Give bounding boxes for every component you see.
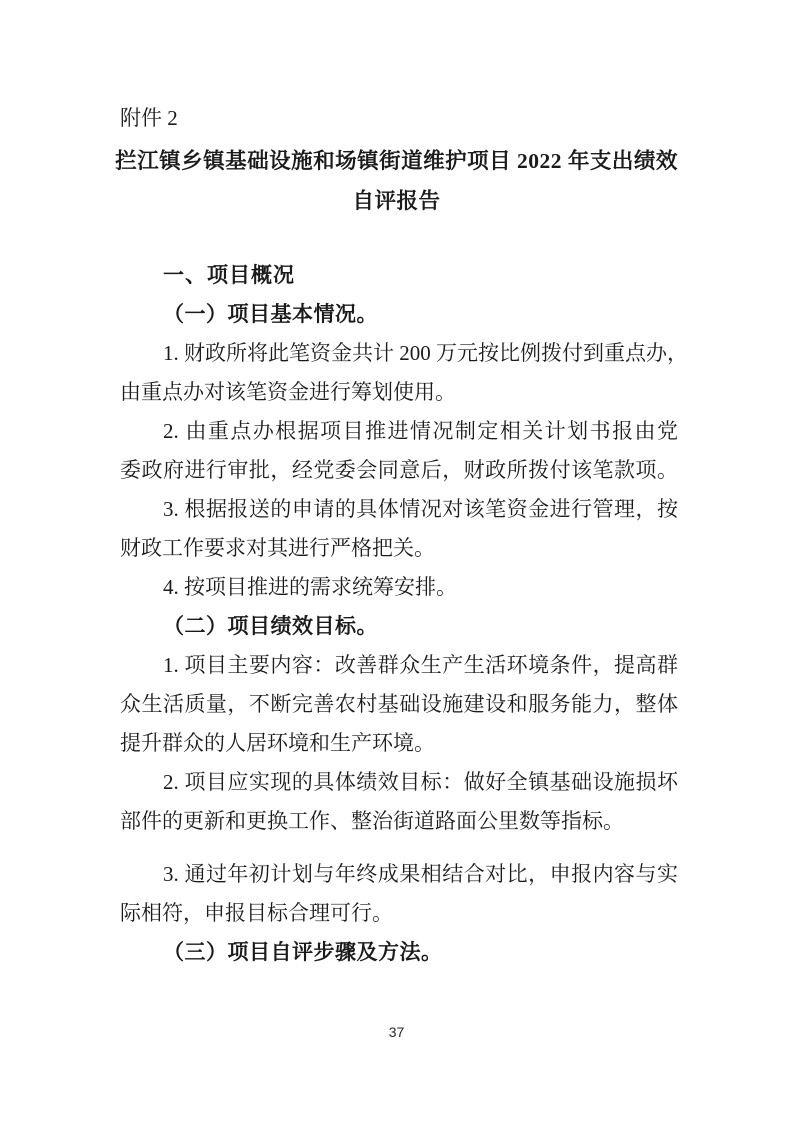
paragraph-line: 财政工作要求对其进行严格把关。	[120, 529, 678, 568]
paragraph-line: 1. 财政所将此笔资金共计 200 万元按比例拨付到重点办，	[120, 334, 678, 373]
subsection-heading-1: （一）项目基本情况。	[120, 295, 678, 334]
subsection-heading-2: （二）项目绩效目标。	[120, 607, 678, 646]
document-title: 拦江镇乡镇基础设施和场镇街道维护项目 2022 年支出绩效 自评报告	[0, 141, 793, 221]
document-page: 附件 2 拦江镇乡镇基础设施和场镇街道维护项目 2022 年支出绩效 自评报告 …	[0, 0, 793, 1122]
paragraph-line: 2. 由重点办根据项目推进情况制定相关计划书报由党	[120, 412, 678, 451]
document-title-line2: 自评报告	[0, 181, 793, 221]
paragraph-line: 3. 根据报送的申请的具体情况对该笔资金进行管理，按	[120, 490, 678, 529]
paragraph-line: 部件的更新和更换工作、整治街道路面公里数等指标。	[120, 802, 678, 841]
page-number: 37	[0, 1022, 793, 1042]
document-title-line1: 拦江镇乡镇基础设施和场镇街道维护项目 2022 年支出绩效	[0, 141, 793, 181]
paragraph-line: 由重点办对该笔资金进行筹划使用。	[120, 373, 678, 412]
subsection-heading-3: （三）项目自评步骤及方法。	[120, 933, 678, 972]
paragraph-line: 1. 项目主要内容：改善群众生产生活环境条件，提高群	[120, 646, 678, 685]
paragraph-line: 提升群众的人居环境和生产环境。	[120, 724, 678, 763]
document-body: 一、项目概况 （一）项目基本情况。 1. 财政所将此笔资金共计 200 万元按比…	[120, 256, 678, 972]
section-heading-1: 一、项目概况	[120, 256, 678, 295]
paragraph-line: 委政府进行审批，经党委会同意后，财政所拨付该笔款项。	[120, 451, 678, 490]
paragraph-line: 2. 项目应实现的具体绩效目标：做好全镇基础设施损坏	[120, 763, 678, 802]
paragraph-line: 众生活质量，不断完善农村基础设施建设和服务能力，整体	[120, 685, 678, 724]
paragraph-line: 际相符，申报目标合理可行。	[120, 894, 678, 933]
paragraph-line: 3. 通过年初计划与年终成果相结合对比，申报内容与实	[120, 855, 678, 894]
attachment-label: 附件 2	[120, 99, 178, 138]
paragraph-line: 4. 按项目推进的需求统筹安排。	[120, 568, 678, 607]
